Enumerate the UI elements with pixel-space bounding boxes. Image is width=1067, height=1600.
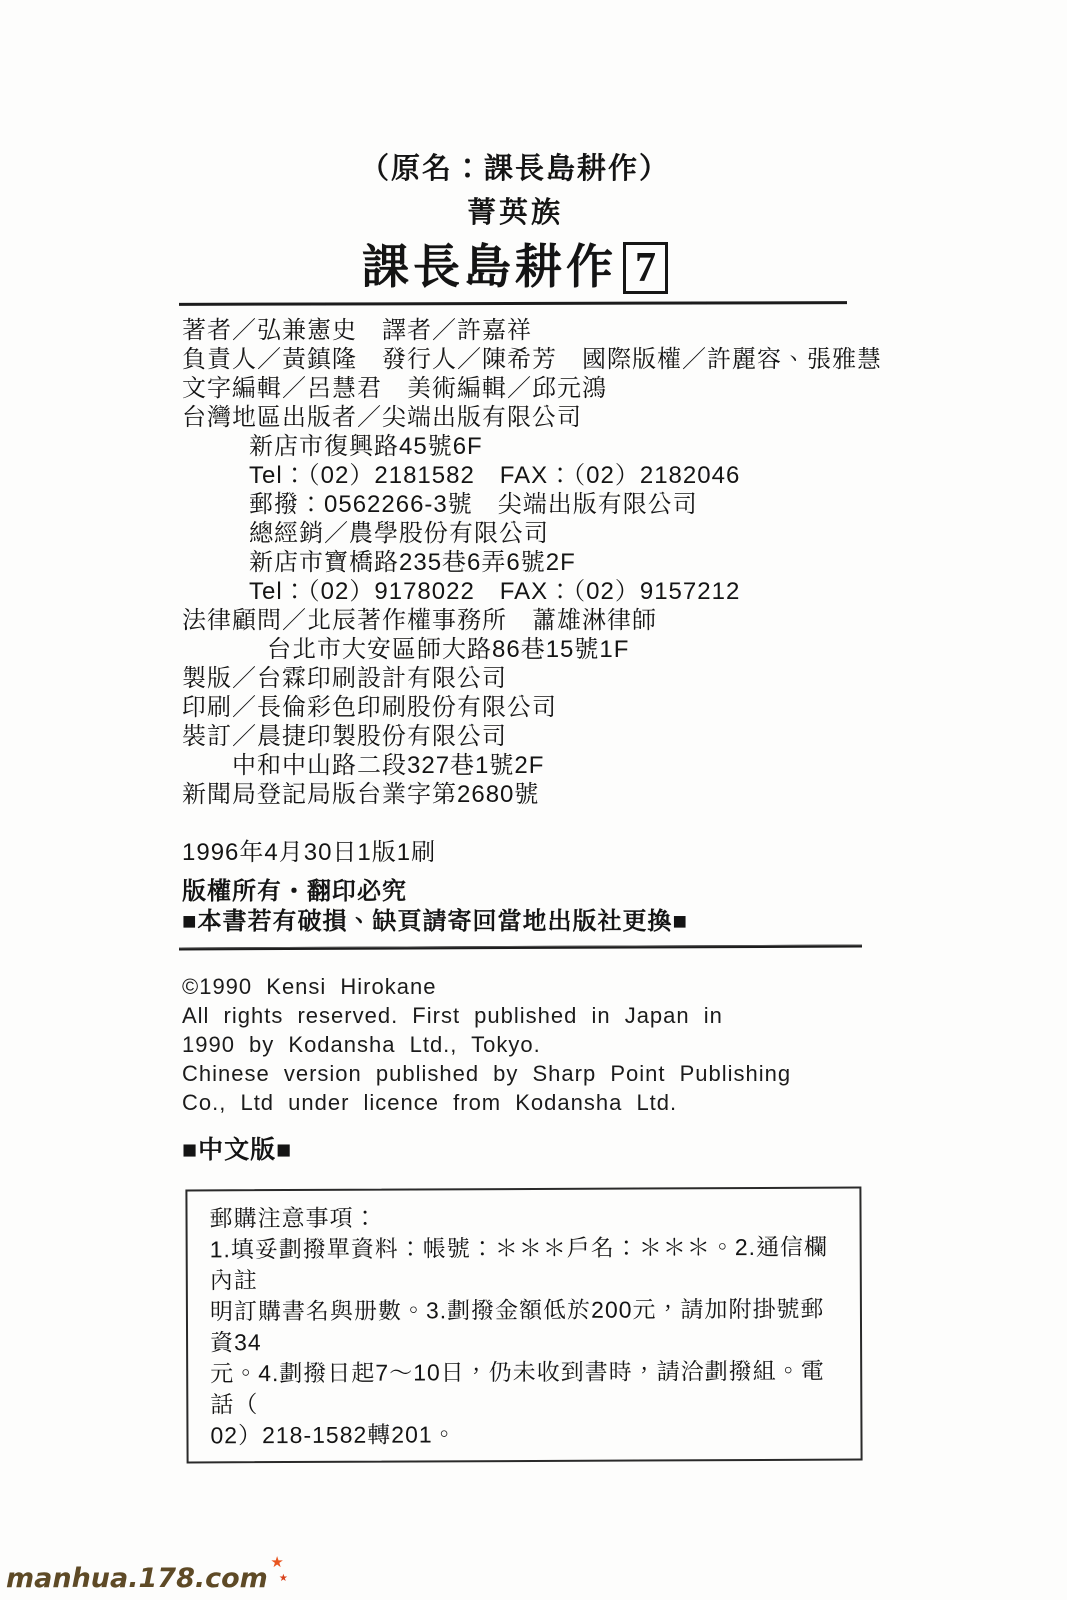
original-title: （原名：課長島耕作） bbox=[182, 150, 848, 188]
series-label: 菁英族 bbox=[182, 194, 848, 232]
mail-order-line-1: 1.填妥劃撥單資料：帳號：＊＊＊戶名：＊＊＊。2.通信欄內註 bbox=[210, 1232, 840, 1297]
credit-line-plate: 製版／台霖印刷設計有限公司 bbox=[182, 664, 882, 693]
site-watermark: manhua.178.com ★ ★ bbox=[6, 1563, 268, 1594]
mail-order-line-4: 02）218-1582轉201。 bbox=[210, 1418, 840, 1452]
main-title-text: 課長島耕作 bbox=[362, 240, 617, 293]
rights-reserved-line: 版權所有・翻印必究 bbox=[182, 877, 688, 907]
copyright-line-4: Chinese version published by Sharp Point… bbox=[182, 1059, 791, 1088]
credit-line-postal: 郵撥：0562266-3號 尖端出版有限公司 bbox=[182, 490, 882, 519]
copyright-line-3: 1990 by Kodansha Ltd., Tokyo. bbox=[182, 1030, 791, 1059]
credit-line-editors: 文字編輯／呂慧君 美術編輯／邱元鴻 bbox=[182, 374, 882, 403]
edition-date: 1996年4月30日1版1刷 bbox=[182, 832, 436, 867]
credit-line-printing: 印刷／長倫彩色印刷股份有限公司 bbox=[182, 693, 882, 722]
credit-line-gio-reg: 新聞局登記局版台業字第2680號 bbox=[182, 780, 882, 809]
divider-top bbox=[179, 301, 847, 306]
credit-line-dist-tel-fax: Tel：（02）9178022 FAX：（02）9157212 bbox=[182, 577, 882, 606]
mail-order-title: 郵購注意事項： bbox=[209, 1201, 839, 1235]
main-title: 課長島耕作7 bbox=[182, 240, 848, 294]
credit-line-dist-address: 新店市寶橋路235巷6弄6號2F bbox=[182, 548, 882, 577]
volume-number-box: 7 bbox=[623, 242, 668, 294]
credit-line-legal-addr: 台北市大安區師大路86巷15號1F bbox=[182, 635, 882, 664]
damage-replace-line: ■本書若有破損、缺頁請寄回當地出版社更換■ bbox=[182, 907, 688, 937]
credit-line-director: 負責人／黃鎮隆 發行人／陳希芳 國際版權／許麗容、張雅慧 bbox=[182, 345, 882, 374]
rights-notice-block: 版權所有・翻印必究 ■本書若有破損、缺頁請寄回當地出版社更換■ bbox=[182, 877, 688, 937]
mail-order-line-2: 明訂購書名與册數。3.劃撥金額低於200元，請加附掛號郵資34 bbox=[210, 1294, 840, 1359]
credits-section: 著者／弘兼憲史 譯者／許嘉祥 負責人／黃鎮隆 發行人／陳希芳 國際版權／許麗容、… bbox=[182, 316, 882, 809]
star-icon: ★ bbox=[279, 1573, 288, 1584]
credit-line-tel-fax: Tel：（02）2181582 FAX：（02）2182046 bbox=[182, 461, 882, 490]
divider-middle bbox=[179, 945, 862, 951]
credit-line-binding: 裝訂／晨捷印製股份有限公司 bbox=[182, 722, 882, 751]
title-block: （原名：課長島耕作） 菁英族 課長島耕作7 bbox=[182, 150, 848, 294]
copyright-line-5: Co., Ltd under licence from Kodansha Ltd… bbox=[182, 1088, 791, 1117]
chinese-edition-label: ■中文版■ bbox=[182, 1130, 292, 1166]
english-copyright-block: ©1990 Kensi Hirokane All rights reserved… bbox=[182, 972, 791, 1117]
credit-line-bind-addr: 中和中山路二段327巷1號2F bbox=[182, 751, 882, 780]
credit-line-distributor: 總經銷／農學股份有限公司 bbox=[182, 519, 882, 548]
mail-order-line-3: 元。4.劃撥日起7～10日，仍未收到書時，請洽劃撥組。電話（ bbox=[210, 1356, 840, 1421]
copyright-line-2: All rights reserved. First published in … bbox=[182, 1001, 791, 1030]
mail-order-box: 郵購注意事項： 1.填妥劃撥單資料：帳號：＊＊＊戶名：＊＊＊。2.通信欄內註 明… bbox=[185, 1187, 862, 1464]
credit-line-publisher: 台灣地區出版者／尖端出版有限公司 bbox=[182, 403, 882, 432]
colophon-page: （原名：課長島耕作） 菁英族 課長島耕作7 著者／弘兼憲史 譯者／許嘉祥 負責人… bbox=[0, 0, 1067, 1600]
credit-line-author: 著者／弘兼憲史 譯者／許嘉祥 bbox=[182, 316, 882, 345]
copyright-line-1: ©1990 Kensi Hirokane bbox=[182, 972, 791, 1001]
credit-line-address: 新店市復興路45號6F bbox=[182, 432, 882, 461]
watermark-text: manhua.178.com bbox=[6, 1563, 268, 1594]
credit-line-legal: 法律顧問／北辰著作權事務所 蕭雄淋律師 bbox=[182, 606, 882, 635]
star-icon: ★ bbox=[270, 1553, 283, 1571]
